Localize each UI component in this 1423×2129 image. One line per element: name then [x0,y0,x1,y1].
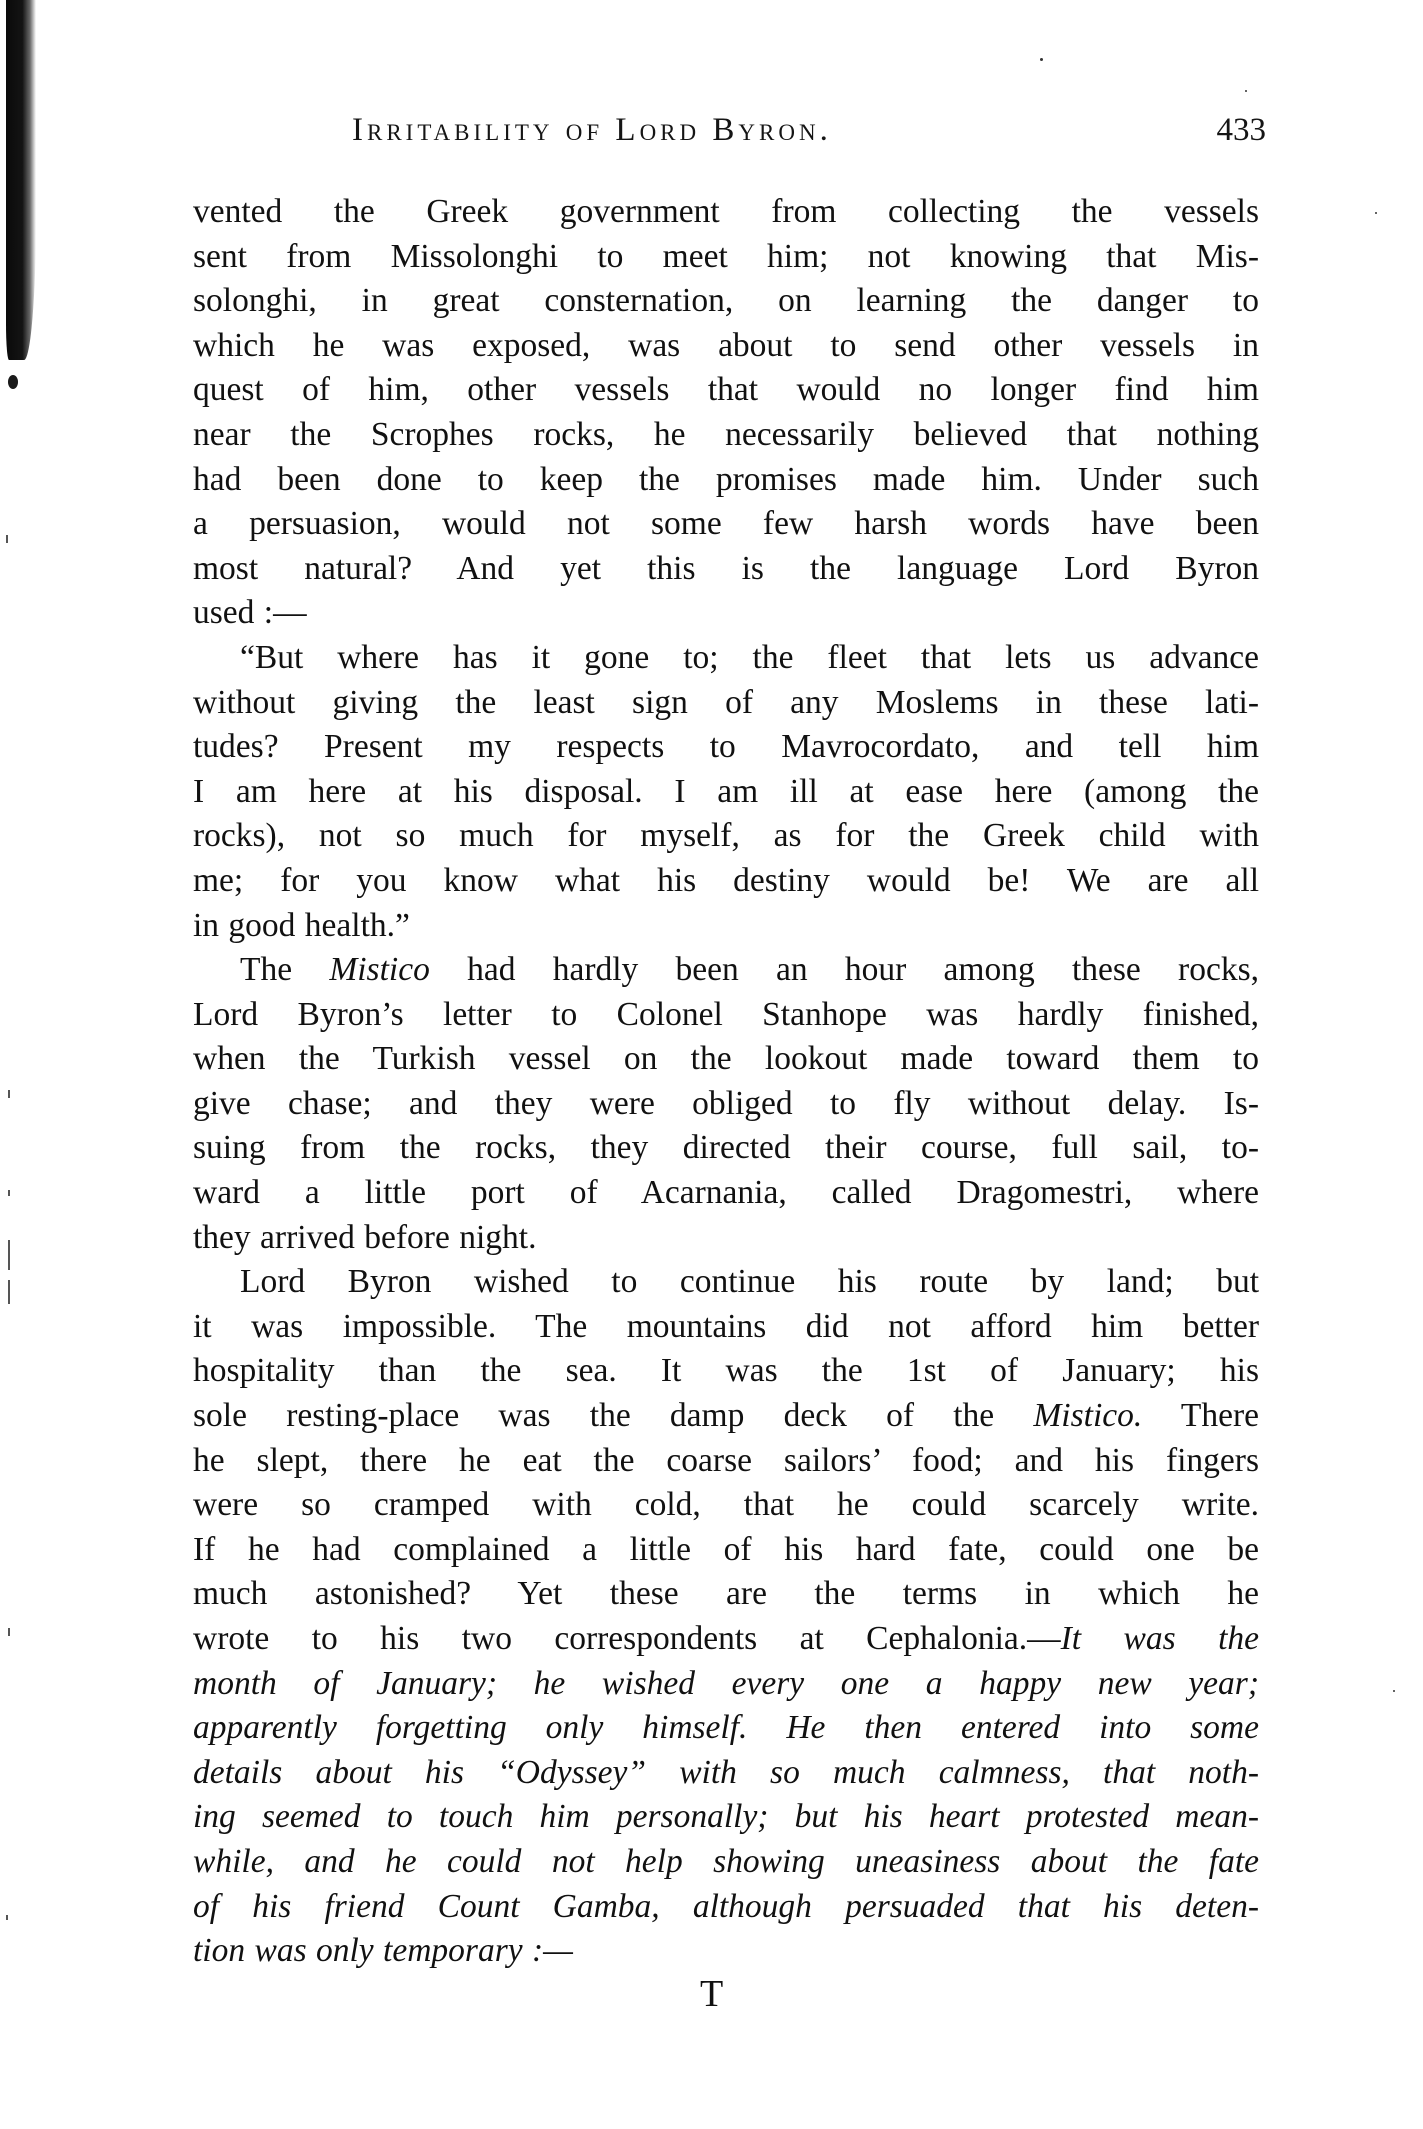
text-line: sent from Missolonghi to meet him; not k… [193,235,1259,280]
scan-speck [1375,212,1377,214]
italic-line: tion was only temporary :— [193,1929,1259,1974]
text-line: had been done to keep the promises made … [193,458,1259,503]
quote-line: “But where has it gone to; the fleet tha… [193,636,1259,681]
text-line: he slept, there he eat the coarse sailor… [193,1439,1259,1484]
text-segment: sole resting-place was the damp deck of … [193,1397,1033,1434]
text-line: Lord Byron’s letter to Colonel Stanhope … [193,993,1259,1038]
scan-speck [1245,90,1247,92]
text-line: solonghi, in great consternation, on lea… [193,279,1259,324]
text-line: suing from the rocks, they directed thei… [193,1126,1259,1171]
text-line: most natural? And yet this is the langua… [193,547,1259,592]
text-line: ward a little port of Acarnania, called … [193,1171,1259,1216]
page-binding-shadow [6,0,36,360]
italic-line: while, and he could not help showing une… [193,1840,1259,1885]
text-line: Lord Byron wished to continue his route … [193,1260,1259,1305]
text-segment: had hardly been an hour among these rock… [430,951,1259,988]
text-line: near the Scrophes rocks, he necessarily … [193,413,1259,458]
italic-line: of his friend Count Gamba, although pers… [193,1885,1259,1930]
margin-tick [8,1628,10,1636]
text-line: they arrived before night. [193,1216,1259,1261]
text-line: hospitality than the sea. It was the 1st… [193,1349,1259,1394]
binding-speck [8,375,18,389]
margin-tick [8,1280,10,1304]
quote-line: without giving the least sign of any Mos… [193,681,1259,726]
italic-line: month of January; he wished every one a … [193,1662,1259,1707]
text-segment: There [1142,1397,1259,1434]
margin-tick [8,1190,10,1196]
text-line: The Mistico had hardly been an hour amon… [193,948,1259,993]
running-header: Irritability of Lord Byron. 433 [352,112,1266,158]
margin-tick [6,1915,8,1920]
page-number: 433 [1217,112,1267,149]
text-line: which he was exposed, was about to send … [193,324,1259,369]
text-line: If he had complained a little of his har… [193,1528,1259,1573]
text-line: give chase; and they were obliged to fly… [193,1082,1259,1127]
quote-line: rocks), not so much for myself, as for t… [193,814,1259,859]
text-line: it was impossible. The mountains did not… [193,1305,1259,1350]
italic-line: details about his “Odyssey” with so much… [193,1751,1259,1796]
text-line: much astonished? Yet these are the terms… [193,1572,1259,1617]
scan-speck [1040,58,1043,61]
margin-tick [8,1240,10,1270]
italic-segment: It was the [1061,1620,1259,1657]
quote-line: I am here at his disposal. I am ill at e… [193,770,1259,815]
signature-mark: T [700,1972,723,2016]
body-text: vented the Greek government from collect… [193,190,1259,1974]
text-line: were so cramped with cold, that he could… [193,1483,1259,1528]
ship-name-italic: Mistico [329,951,429,988]
text-line: a persuasion, would not some few harsh w… [193,502,1259,547]
scan-speck [1393,1690,1395,1692]
quote-line: in good health.” [193,904,1259,949]
running-title: Irritability of Lord Byron. [352,112,832,149]
margin-tick [8,1090,10,1098]
text-segment: The [240,951,329,988]
ship-name-italic: Mistico. [1033,1397,1142,1434]
text-line: wrote to his two correspondents at Cepha… [193,1617,1259,1662]
text-segment: wrote to his two correspondents at Cepha… [193,1620,1061,1657]
italic-line: apparently forgetting only himself. He t… [193,1706,1259,1751]
text-line: vented the Greek government from collect… [193,190,1259,235]
margin-tick [6,535,8,543]
text-line: sole resting-place was the damp deck of … [193,1394,1259,1439]
text-line: used :— [193,591,1259,636]
quote-line: me; for you know what his destiny would … [193,859,1259,904]
text-line: quest of him, other vessels that would n… [193,368,1259,413]
text-line: when the Turkish vessel on the lookout m… [193,1037,1259,1082]
quote-line: tudes? Present my respects to Mavrocorda… [193,725,1259,770]
italic-line: ing seemed to touch him personally; but … [193,1795,1259,1840]
